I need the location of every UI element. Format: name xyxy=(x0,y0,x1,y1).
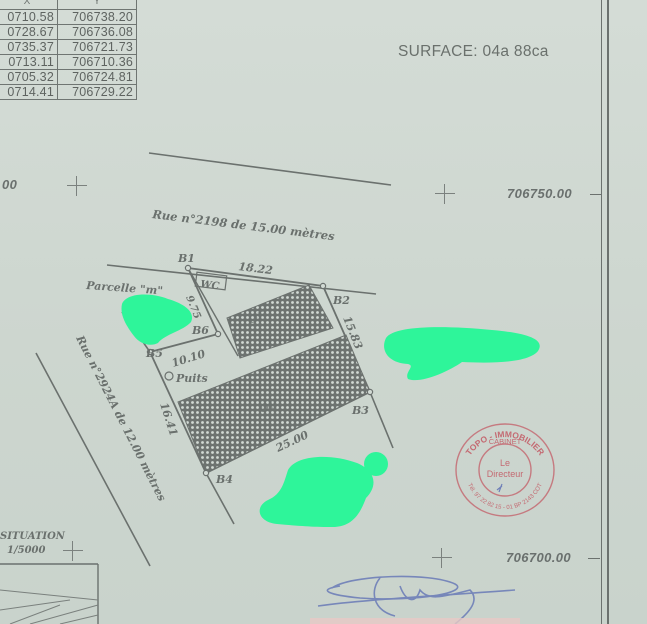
signature xyxy=(318,576,515,624)
situation-scale: 1/5000 xyxy=(7,545,45,556)
well-label: Puits xyxy=(175,372,208,385)
dimension-b4-b5: 16.41 xyxy=(157,401,180,438)
street-north-edge xyxy=(149,153,391,185)
stamp-center-line2: Directeur xyxy=(487,469,524,479)
stamp-inner-text: CABINET xyxy=(489,437,522,446)
boundary-marker-label: B4 xyxy=(215,473,233,486)
boundary-marker-label: B2 xyxy=(332,294,350,307)
well-icon xyxy=(165,372,173,380)
boundary-marker-label: B6 xyxy=(191,324,209,337)
situation-title: SITUATION xyxy=(0,531,65,542)
parcel-plan-drawing: Rue n°2198 de 15.00 mètres Rue n°2924A d… xyxy=(0,0,647,624)
boundary-marker-label: B5 xyxy=(145,347,163,360)
boundary-marker-label: B1 xyxy=(177,252,195,265)
dimension-b5-b6: 10.10 xyxy=(170,347,207,370)
stamp-center-line1: Le xyxy=(500,458,510,468)
wc-label: WC xyxy=(200,279,220,292)
neighbor-parcel-label: Parcelle "m" xyxy=(85,279,164,297)
boundary-marker-label: B3 xyxy=(351,404,369,417)
company-stamp: TOPO - IMMOBILIER Tél. 97 22 82 15 - 01 … xyxy=(450,414,560,518)
street-label-north: Rue n°2198 de 15.00 mètres xyxy=(151,207,336,243)
